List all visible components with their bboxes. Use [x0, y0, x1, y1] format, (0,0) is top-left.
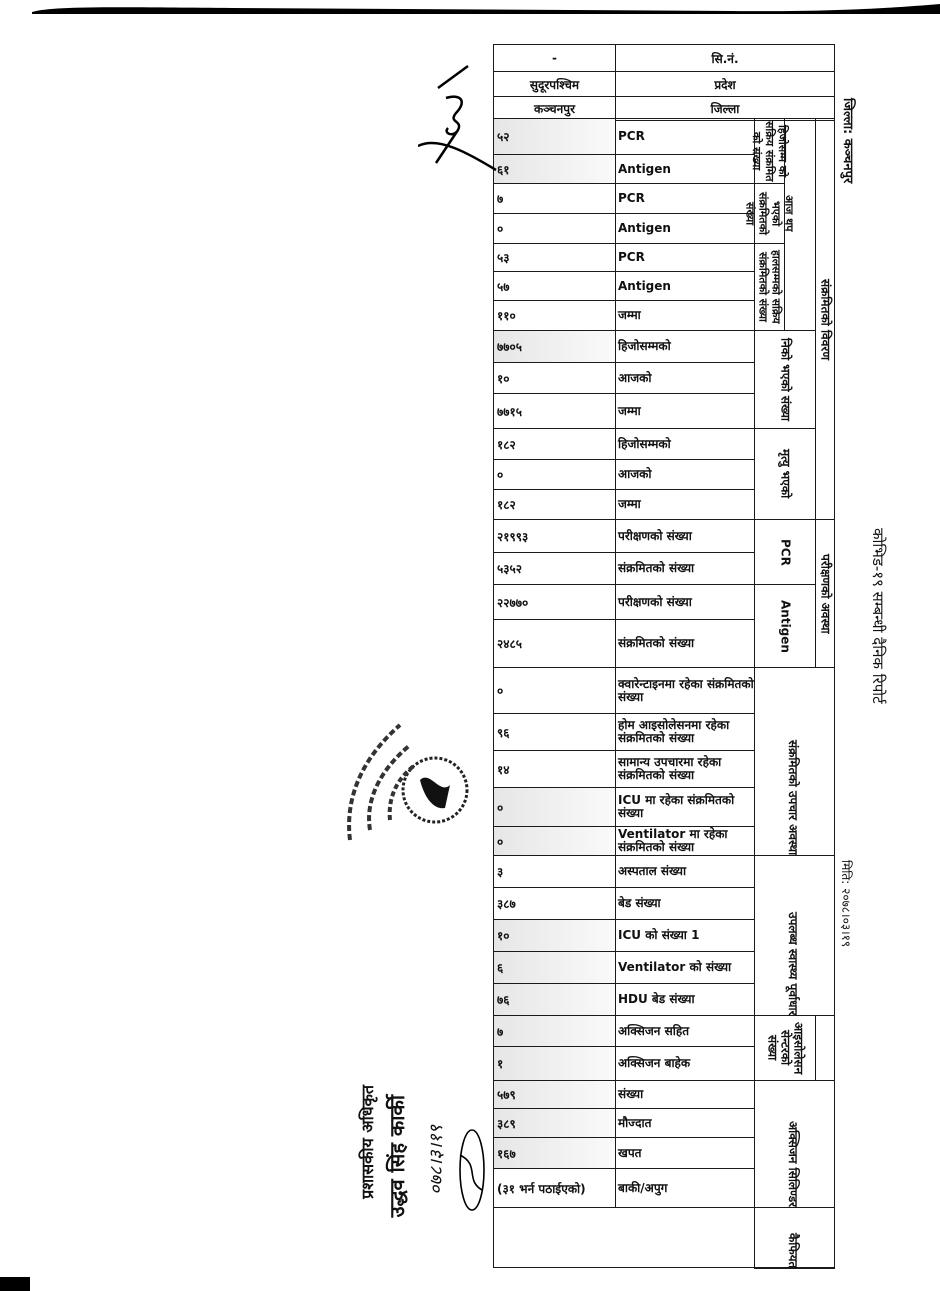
row-value: १ — [493, 1046, 616, 1081]
row-value: ० — [493, 787, 616, 827]
officer-designation: प्रशासकीय अधिकृत — [357, 1085, 379, 1199]
row-label: PCR — [615, 243, 755, 272]
row-value: १० — [493, 362, 616, 394]
row-value: ७७०५ — [493, 330, 616, 363]
district-label: जिल्ला: कञ्चनपुर — [838, 98, 856, 183]
section-treatment-status: संक्रमितको उपचार अवस्था — [754, 667, 835, 856]
active-subgroup-box — [784, 118, 816, 331]
row-label: होम आइसोलेसनमा रहेका संक्रमितको संख्या — [615, 713, 755, 751]
row-label: हिजोसम्मको — [615, 330, 755, 363]
row-value: ११० — [493, 300, 616, 331]
row-value: ० — [493, 213, 616, 244]
office-seal-icon — [340, 700, 470, 870]
row-value: ७६ — [493, 983, 616, 1016]
row-value: १० — [493, 919, 616, 952]
row-value: ५७ — [493, 271, 616, 301]
row-label: परीक्षणको संख्या — [615, 584, 755, 620]
section-remarks: कैफियत — [754, 1207, 835, 1269]
row-label: Ventilator को संख्या — [615, 951, 755, 984]
row-value: ३८९ — [493, 1108, 616, 1138]
row-label: अक्सिजन सहित — [615, 1015, 755, 1047]
row-label: आजको — [615, 459, 755, 490]
row-value: ० — [493, 667, 616, 714]
remarks-value — [493, 1207, 755, 1268]
row-value: ९६ — [493, 713, 616, 751]
row-label: Antigen — [615, 213, 755, 244]
isolation-strip — [815, 1015, 835, 1081]
row-label: PCR — [615, 118, 755, 155]
section-infected-details: संक्रमितको विवरण — [815, 118, 835, 520]
row-value: ५३ — [493, 243, 616, 272]
handwritten-date: ०७८।३।१९ — [425, 1125, 449, 1195]
row-label: संक्रमितको संख्या — [615, 619, 755, 668]
row-label: जम्मा — [615, 489, 755, 520]
row-label: Antigen — [615, 271, 755, 301]
row-value: ३८७ — [493, 887, 616, 920]
row-label: संक्रमितको संख्या — [615, 552, 755, 585]
row-label: ICU मा रहेका संक्रमितको संख्या — [615, 787, 755, 827]
row-value: ७ — [493, 1015, 616, 1047]
section-health-infra: उपलब्ध स्वास्थ्य पूर्वाधार — [754, 855, 835, 1016]
subsection-antigen: Antigen — [754, 584, 816, 668]
report-title: कोभिड-१९ सम्बन्धी दैनिक रिपोर्ट — [868, 528, 888, 704]
subsection-active-now: हालसम्मको सक्रिय संक्रमितको संख्या — [754, 243, 785, 331]
row-value: ७७१५ — [493, 393, 616, 429]
row-label: सामान्य उपचारमा रहेका संक्रमितको संख्या — [615, 750, 755, 788]
row-value: ७ — [493, 183, 616, 214]
subsection-new-today: आज थप भएको संक्रमितको संख्या — [754, 183, 785, 244]
row-value: १८२ — [493, 489, 616, 520]
row-value: २१९९३ — [493, 519, 616, 553]
row-value: २४८५ — [493, 619, 616, 668]
row-value: १८२ — [493, 428, 616, 460]
subsection-isolation-centers: आइसोलेसन सेन्टरको संख्या — [754, 1015, 816, 1081]
row-value: ५३५२ — [493, 552, 616, 585]
row-label: HDU बेड संख्या — [615, 983, 755, 1016]
row-label: मौज्दात — [615, 1108, 755, 1138]
row-label: बेड संख्या — [615, 887, 755, 920]
signature-scribble-icon — [418, 58, 508, 188]
row-label: हिजोसम्मको — [615, 428, 755, 460]
row-label: PCR — [615, 183, 755, 214]
section-oxygen-cylinder: अक्सिजन सिलिण्डर — [754, 1080, 835, 1208]
row-label: खपत — [615, 1137, 755, 1169]
row-value: ३ — [493, 855, 616, 888]
officer-name: उद्धव सिंह कार्की — [383, 1095, 410, 1217]
row-value: ५२ — [493, 118, 616, 155]
row-value: १६७ — [493, 1137, 616, 1169]
row-value: ० — [493, 459, 616, 490]
report-date: मिति: २०७८।०३।१९ — [838, 860, 855, 947]
subsection-active-till-yesterday: हिजोसम्म को सक्रिय संक्रमित को संख्या — [754, 118, 785, 184]
subsection-pcr: PCR — [754, 519, 816, 585]
row-label: परीक्षणको संख्या — [615, 519, 755, 553]
row-label: अस्पताल संख्या — [615, 855, 755, 888]
section-test-status: परीक्षणको अवस्था — [815, 519, 835, 668]
row-value: २२७७० — [493, 584, 616, 620]
row-label: ICU को संख्या 1 — [615, 919, 755, 952]
row-label: Antigen — [615, 154, 755, 184]
row-value: ६१ — [493, 154, 616, 184]
row-value: (३१ भर्न पठाईएको) — [493, 1168, 616, 1208]
row-value: ५७९ — [493, 1080, 616, 1109]
row-label: Ventilator मा रहेका संक्रमितको संख्या — [615, 826, 755, 856]
row-value: ० — [493, 826, 616, 856]
subsection-deaths: मृत्यु भएको — [754, 428, 816, 520]
officer-signature-block: उद्धव सिंह कार्की प्रशासकीय अधिकृत ०७८।३… — [355, 1085, 495, 1285]
row-label: संख्या — [615, 1080, 755, 1109]
scan-corner-artifact — [0, 1277, 30, 1291]
row-value: १४ — [493, 750, 616, 788]
scan-edge-artifact — [32, 4, 940, 14]
row-label: अक्सिजन बाहेक — [615, 1046, 755, 1081]
row-label: क्वारेन्टाइनमा रहेका संक्रमितको संख्या — [615, 667, 755, 714]
row-label: आजको — [615, 362, 755, 394]
row-label: जम्मा — [615, 393, 755, 429]
signature-icon — [450, 1125, 495, 1215]
row-label: जम्मा — [615, 300, 755, 331]
row-value: ६ — [493, 951, 616, 984]
row-label: बाकी/अपुग — [615, 1168, 755, 1208]
subsection-recovered: निको भएको संख्या — [754, 330, 816, 429]
